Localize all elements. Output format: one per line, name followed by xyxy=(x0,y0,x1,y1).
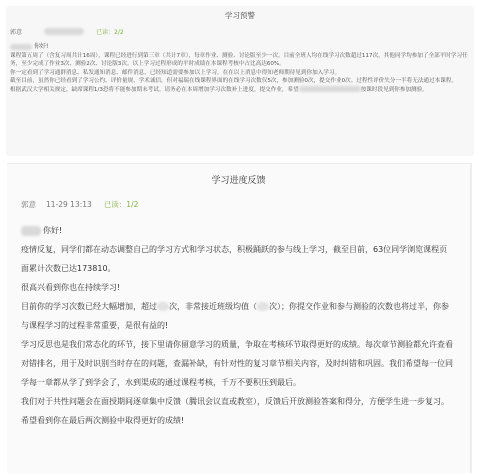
learning-progress-feedback-card: 学习进度反馈 郭意 11-29 13:13 已读：1/2 你好! 疫情反复，同学… xyxy=(7,163,472,473)
warning-card-title: 学习预警 xyxy=(6,10,474,21)
warning-paragraph: 截至目前，虽然你已经看到了学习公约、评价量规、学术诚信，但对福瑞在线课程界面的在… xyxy=(10,77,468,85)
read-status[interactable]: 已读：1/2 xyxy=(104,199,139,210)
redacted-number xyxy=(257,302,269,311)
redacted-recipient-name xyxy=(21,226,41,236)
feedback-paragraph: 我们对于共性问题会在面授期间逐章集中反馈（腾讯会议直或教室），反馈后开放测验答案… xyxy=(21,392,454,411)
learning-warning-card: 学习预警 郭意 已读：2/2 你好! 课程第五周了（含复习周共计16周），课程已… xyxy=(6,6,474,156)
redacted-recipient-name xyxy=(10,44,32,50)
feedback-card-title: 学习进度反馈 xyxy=(7,173,470,186)
redacted-text xyxy=(299,86,361,92)
greeting: 你好! xyxy=(10,42,468,52)
warning-card-meta: 郭意 已读：2/2 xyxy=(10,27,124,36)
timestamp: 11-29 13:13 xyxy=(46,200,92,209)
feedback-card-body: 你好! 疫情反复，同学们都在动态调整自己的学习方式和学习状态，积极踊跃的参与线上… xyxy=(21,221,454,430)
warning-card-body: 你好! 课程第五周了（含复习周共计16周），课程已经进行到第三章（共计7章），每… xyxy=(10,42,468,94)
read-status[interactable]: 已读：2/2 xyxy=(96,27,124,36)
warning-paragraph: 根据武汉大学相关规定，缺席课程1/3恐将不能参加期末考试。请务必在本周增加学习次… xyxy=(10,86,468,94)
feedback-paragraph: 疫情反复，同学们都在动态调整自己的学习方式和学习状态，积极踊跃的参与线上学习，截… xyxy=(21,240,454,278)
redacted-number xyxy=(157,302,169,311)
warning-paragraph: 课程第五周了（含复习周共计16周），课程已经进行到第三章（共计7章），每章作业、… xyxy=(10,52,468,69)
redacted-timestamp xyxy=(44,28,84,35)
feedback-paragraph: 希望看到你在最后两次测验中取得更好的成绩! xyxy=(21,411,454,430)
feedback-paragraph: 很高兴看到你也在持续学习! xyxy=(21,278,454,297)
feedback-paragraph: 学习反思也是我们常态化的环节，接下里请你留意学习的质量，争取在考核环节取得更好的… xyxy=(21,335,454,392)
sender-name: 郭意 xyxy=(10,27,44,36)
feedback-paragraph: 目前你的学习次数已经大幅增加，超过次，非常接近班级均值（次）；你提交作业和参与测… xyxy=(21,297,454,335)
feedback-card-meta: 郭意 11-29 13:13 已读：1/2 xyxy=(21,199,138,210)
sender-name: 郭意 xyxy=(21,199,36,210)
greeting: 你好! xyxy=(21,221,454,240)
warning-paragraph: 你一定看到了学习通群消息、私发通知消息、邮件消息，已经知道需要参加以上学习，在在… xyxy=(10,69,468,77)
